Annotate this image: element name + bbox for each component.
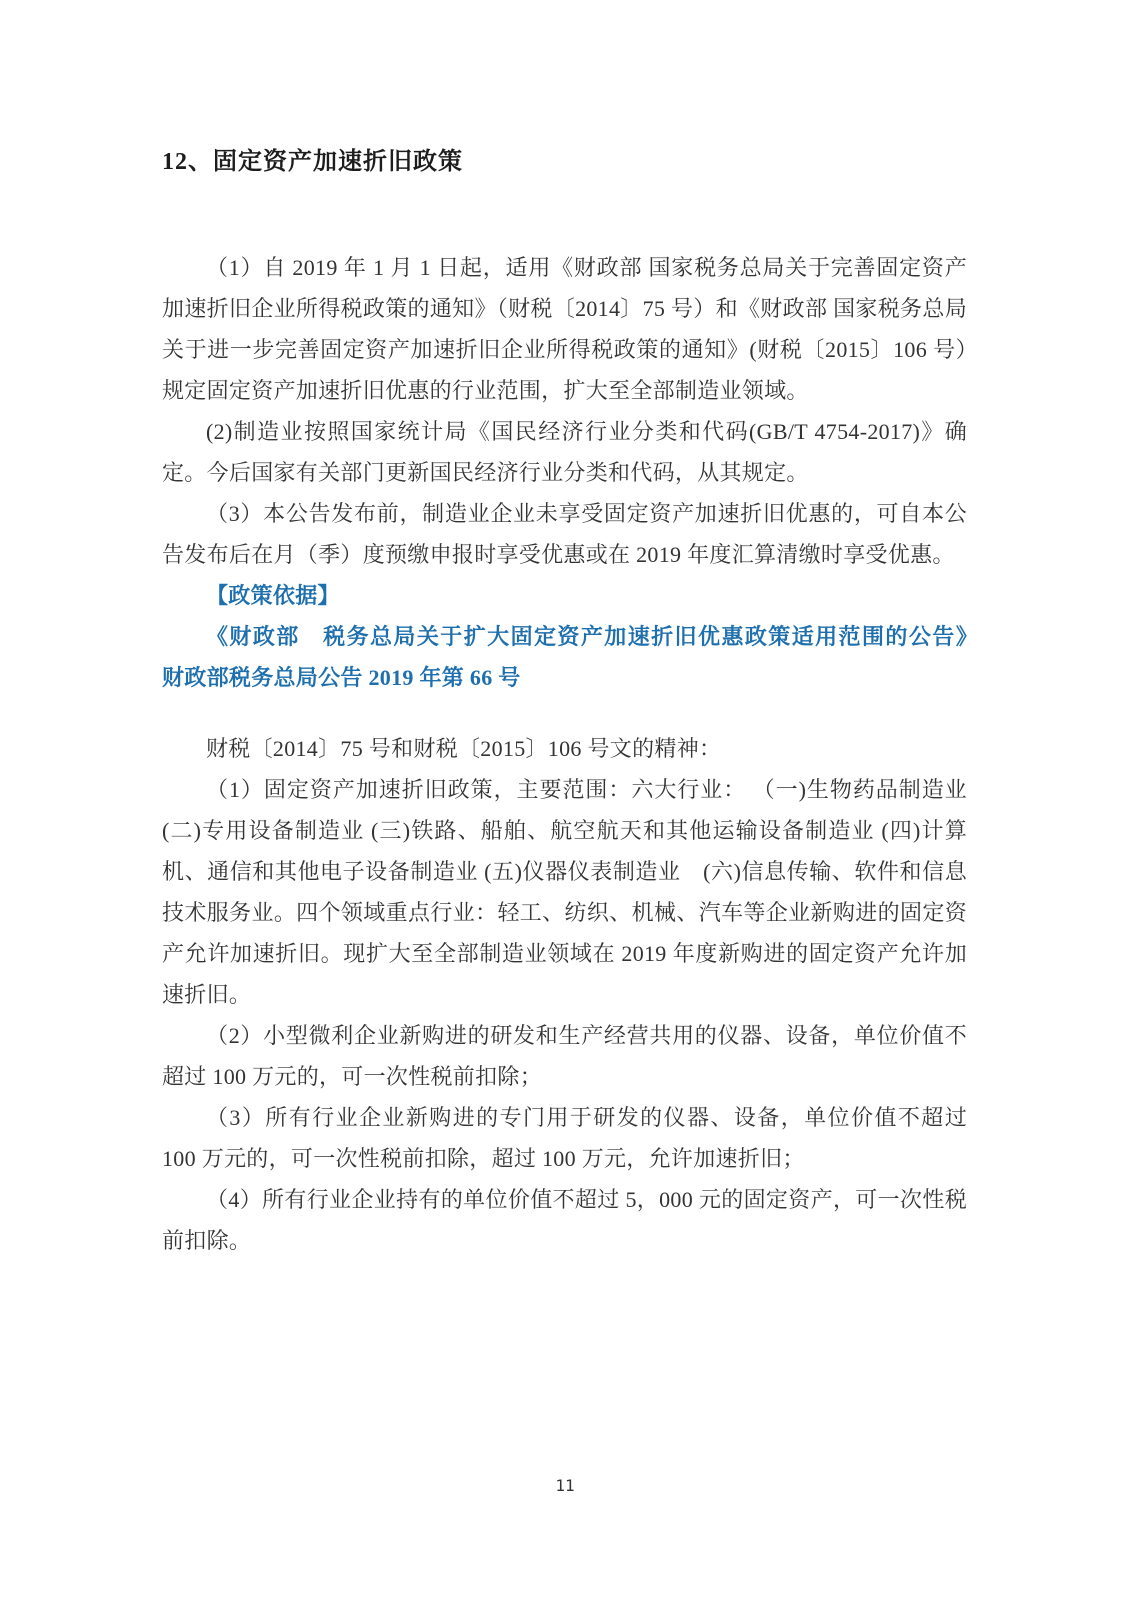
paragraph-spirit-item-4: （4）所有行业企业持有的单位价值不超过 5，000 元的固定资产，可一次性税前扣… — [162, 1179, 967, 1261]
page-number: 11 — [0, 1476, 1130, 1495]
paragraph-item-2: (2)制造业按照国家统计局《国民经济行业分类和代码(GB/T 4754-2017… — [162, 411, 967, 493]
paragraph-spirit-item-1: （1）固定资产加速折旧政策，主要范围：六大行业： （一)生物药品制造业 (二)专… — [162, 769, 967, 1015]
policy-basis-label: 【政策依据】 — [162, 575, 967, 616]
paragraph-spirit-intro: 财税〔2014〕75 号和财税〔2015〕106 号文的精神： — [162, 728, 967, 769]
section-heading: 12、固定资产加速折旧政策 — [162, 148, 967, 177]
paragraph-spirit-item-3: （3）所有行业企业新购进的专门用于研发的仪器、设备，单位价值不超过 100 万元… — [162, 1097, 967, 1179]
paragraph-spirit-item-2: （2）小型微利企业新购进的研发和生产经营共用的仪器、设备，单位价值不超过 100… — [162, 1015, 967, 1097]
paragraph-item-3: （3）本公告发布前，制造业企业未享受固定资产加速折旧优惠的，可自本公告发布后在月… — [162, 493, 967, 575]
document-page: 12、固定资产加速折旧政策 （1）自 2019 年 1 月 1 日起，适用《财政… — [0, 0, 1130, 1600]
policy-reference: 《财政部 税务总局关于扩大固定资产加速折旧优惠政策适用范围的公告》 财政部税务总… — [162, 616, 967, 698]
paragraph-item-1: （1）自 2019 年 1 月 1 日起，适用《财政部 国家税务总局关于完善固定… — [162, 247, 967, 411]
